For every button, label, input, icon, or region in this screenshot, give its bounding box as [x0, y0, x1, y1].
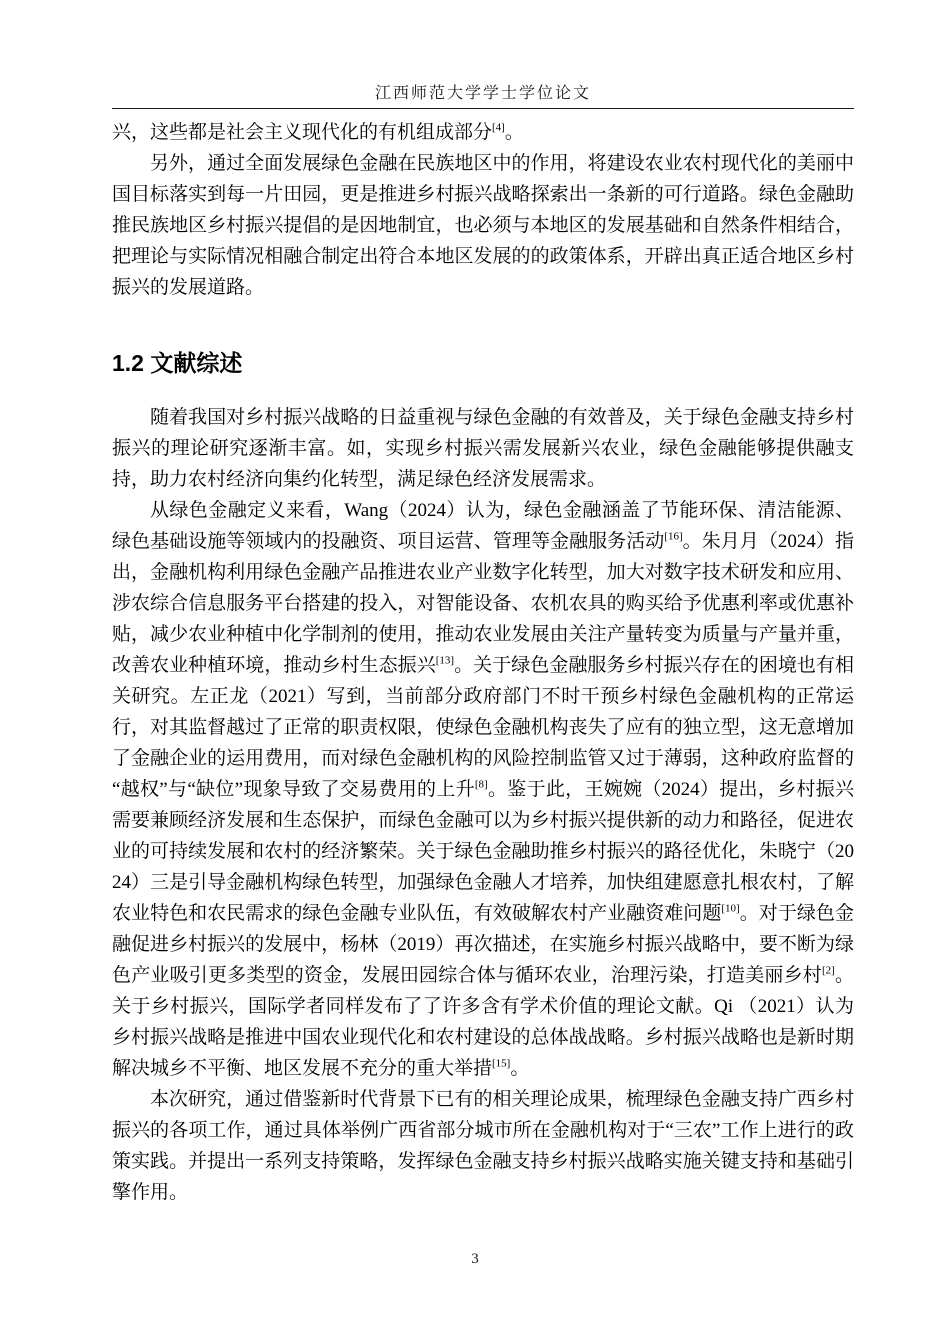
paragraph: 随着我国对乡村振兴战略的日益重视与绿色金融的有效普及，关于绿色金融支持乡村振兴的…: [112, 402, 854, 495]
paragraph-text: 兴，这些都是社会主义现代化的有机组成部分: [112, 122, 492, 143]
header-rule: [112, 108, 854, 109]
intro-paragraphs: 兴，这些都是社会主义现代化的有机组成部分[4]。另外，通过全面发展绿色金融在民族…: [112, 117, 854, 303]
page-body: 兴，这些都是社会主义现代化的有机组成部分[4]。另外，通过全面发展绿色金融在民族…: [112, 117, 854, 1208]
citation-ref: [4]: [492, 122, 505, 134]
paragraph-text: 本次研究，通过借鉴新时代背景下已有的相关理论成果，梳理绿色金融支持广西乡村振兴的…: [112, 1089, 854, 1203]
paragraph: 从绿色金融定义来看，Wang（2024）认为，绿色金融涵盖了节能环保、清洁能源、…: [112, 495, 854, 1084]
citation-ref: [2]: [822, 965, 835, 977]
section-paragraphs: 随着我国对乡村振兴战略的日益重视与绿色金融的有效普及，关于绿色金融支持乡村振兴的…: [112, 402, 854, 1208]
paragraph-text: 随着我国对乡村振兴战略的日益重视与绿色金融的有效普及，关于绿色金融支持乡村振兴的…: [112, 407, 854, 490]
paragraph-text: 。: [510, 1058, 529, 1079]
citation-ref: [15]: [492, 1058, 510, 1070]
page-content: 江西师范大学学士学位论文 兴，这些都是社会主义现代化的有机组成部分[4]。另外，…: [112, 80, 854, 1208]
paragraph: 另外，通过全面发展绿色金融在民族地区中的作用，将建设农业农村现代化的美丽中国目标…: [112, 148, 854, 303]
header-title: 江西师范大学学士学位论文: [112, 80, 854, 108]
page-number: 3: [471, 1251, 479, 1267]
paragraph: 兴，这些都是社会主义现代化的有机组成部分[4]。: [112, 117, 854, 148]
page-header: 江西师范大学学士学位论文: [112, 80, 854, 109]
paragraph-text: 。: [505, 122, 524, 143]
citation-ref: [16]: [664, 531, 682, 543]
citation-ref: [13]: [436, 655, 454, 667]
page-footer: 3: [0, 1251, 950, 1268]
paragraph: 本次研究，通过借鉴新时代背景下已有的相关理论成果，梳理绿色金融支持广西乡村振兴的…: [112, 1084, 854, 1208]
thesis-page: 江西师范大学学士学位论文 兴，这些都是社会主义现代化的有机组成部分[4]。另外，…: [0, 0, 950, 1344]
citation-ref: [10]: [721, 903, 739, 915]
section-heading: 1.2 文献综述: [112, 345, 854, 378]
paragraph-text: 另外，通过全面发展绿色金融在民族地区中的作用，将建设农业农村现代化的美丽中国目标…: [112, 153, 854, 298]
citation-ref: [8]: [475, 779, 488, 791]
